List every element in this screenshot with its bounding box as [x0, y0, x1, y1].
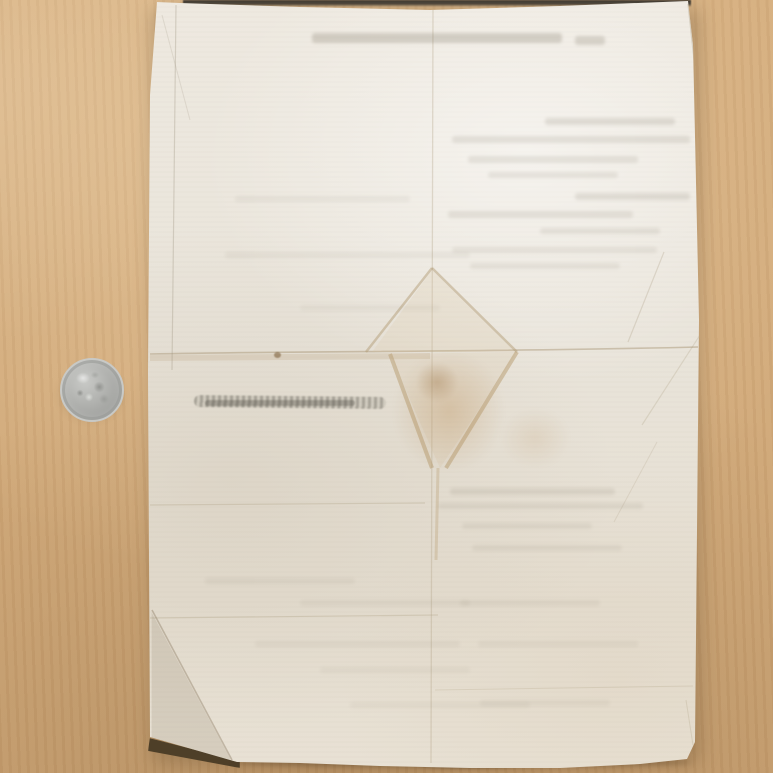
ghost-text-line: [255, 641, 460, 647]
ghost-text-line: [450, 488, 615, 495]
pencil-scribble-core: [205, 400, 355, 406]
ghost-text-line: [470, 263, 620, 269]
ghost-text-line: [312, 33, 562, 43]
ghost-text-line: [452, 247, 657, 253]
ghost-text-line: [205, 578, 355, 584]
ghost-text-line: [448, 211, 633, 218]
ghost-text-line: [480, 700, 610, 706]
ghost-text-line: [575, 193, 690, 200]
ghost-text-line: [300, 600, 470, 606]
ghost-text-line: [300, 305, 440, 311]
ghost-text-line: [472, 545, 622, 551]
ghost-text-line: [320, 667, 470, 673]
photo-of-document-on-wood: [0, 0, 773, 773]
ghost-text-line: [478, 641, 638, 647]
ghost-text-line: [575, 36, 605, 45]
ghost-text-line: [545, 118, 675, 125]
ghost-text-line: [468, 156, 638, 163]
ghost-text-line: [452, 136, 690, 143]
coin: [60, 358, 124, 422]
ghost-text-line: [235, 196, 410, 202]
ghost-text-line: [225, 252, 470, 258]
ghost-text-line: [438, 503, 643, 509]
ghost-text-line: [460, 600, 600, 606]
ghost-text-line: [462, 523, 592, 529]
ghost-text-line: [488, 172, 618, 178]
ghost-text-line: [540, 228, 660, 234]
